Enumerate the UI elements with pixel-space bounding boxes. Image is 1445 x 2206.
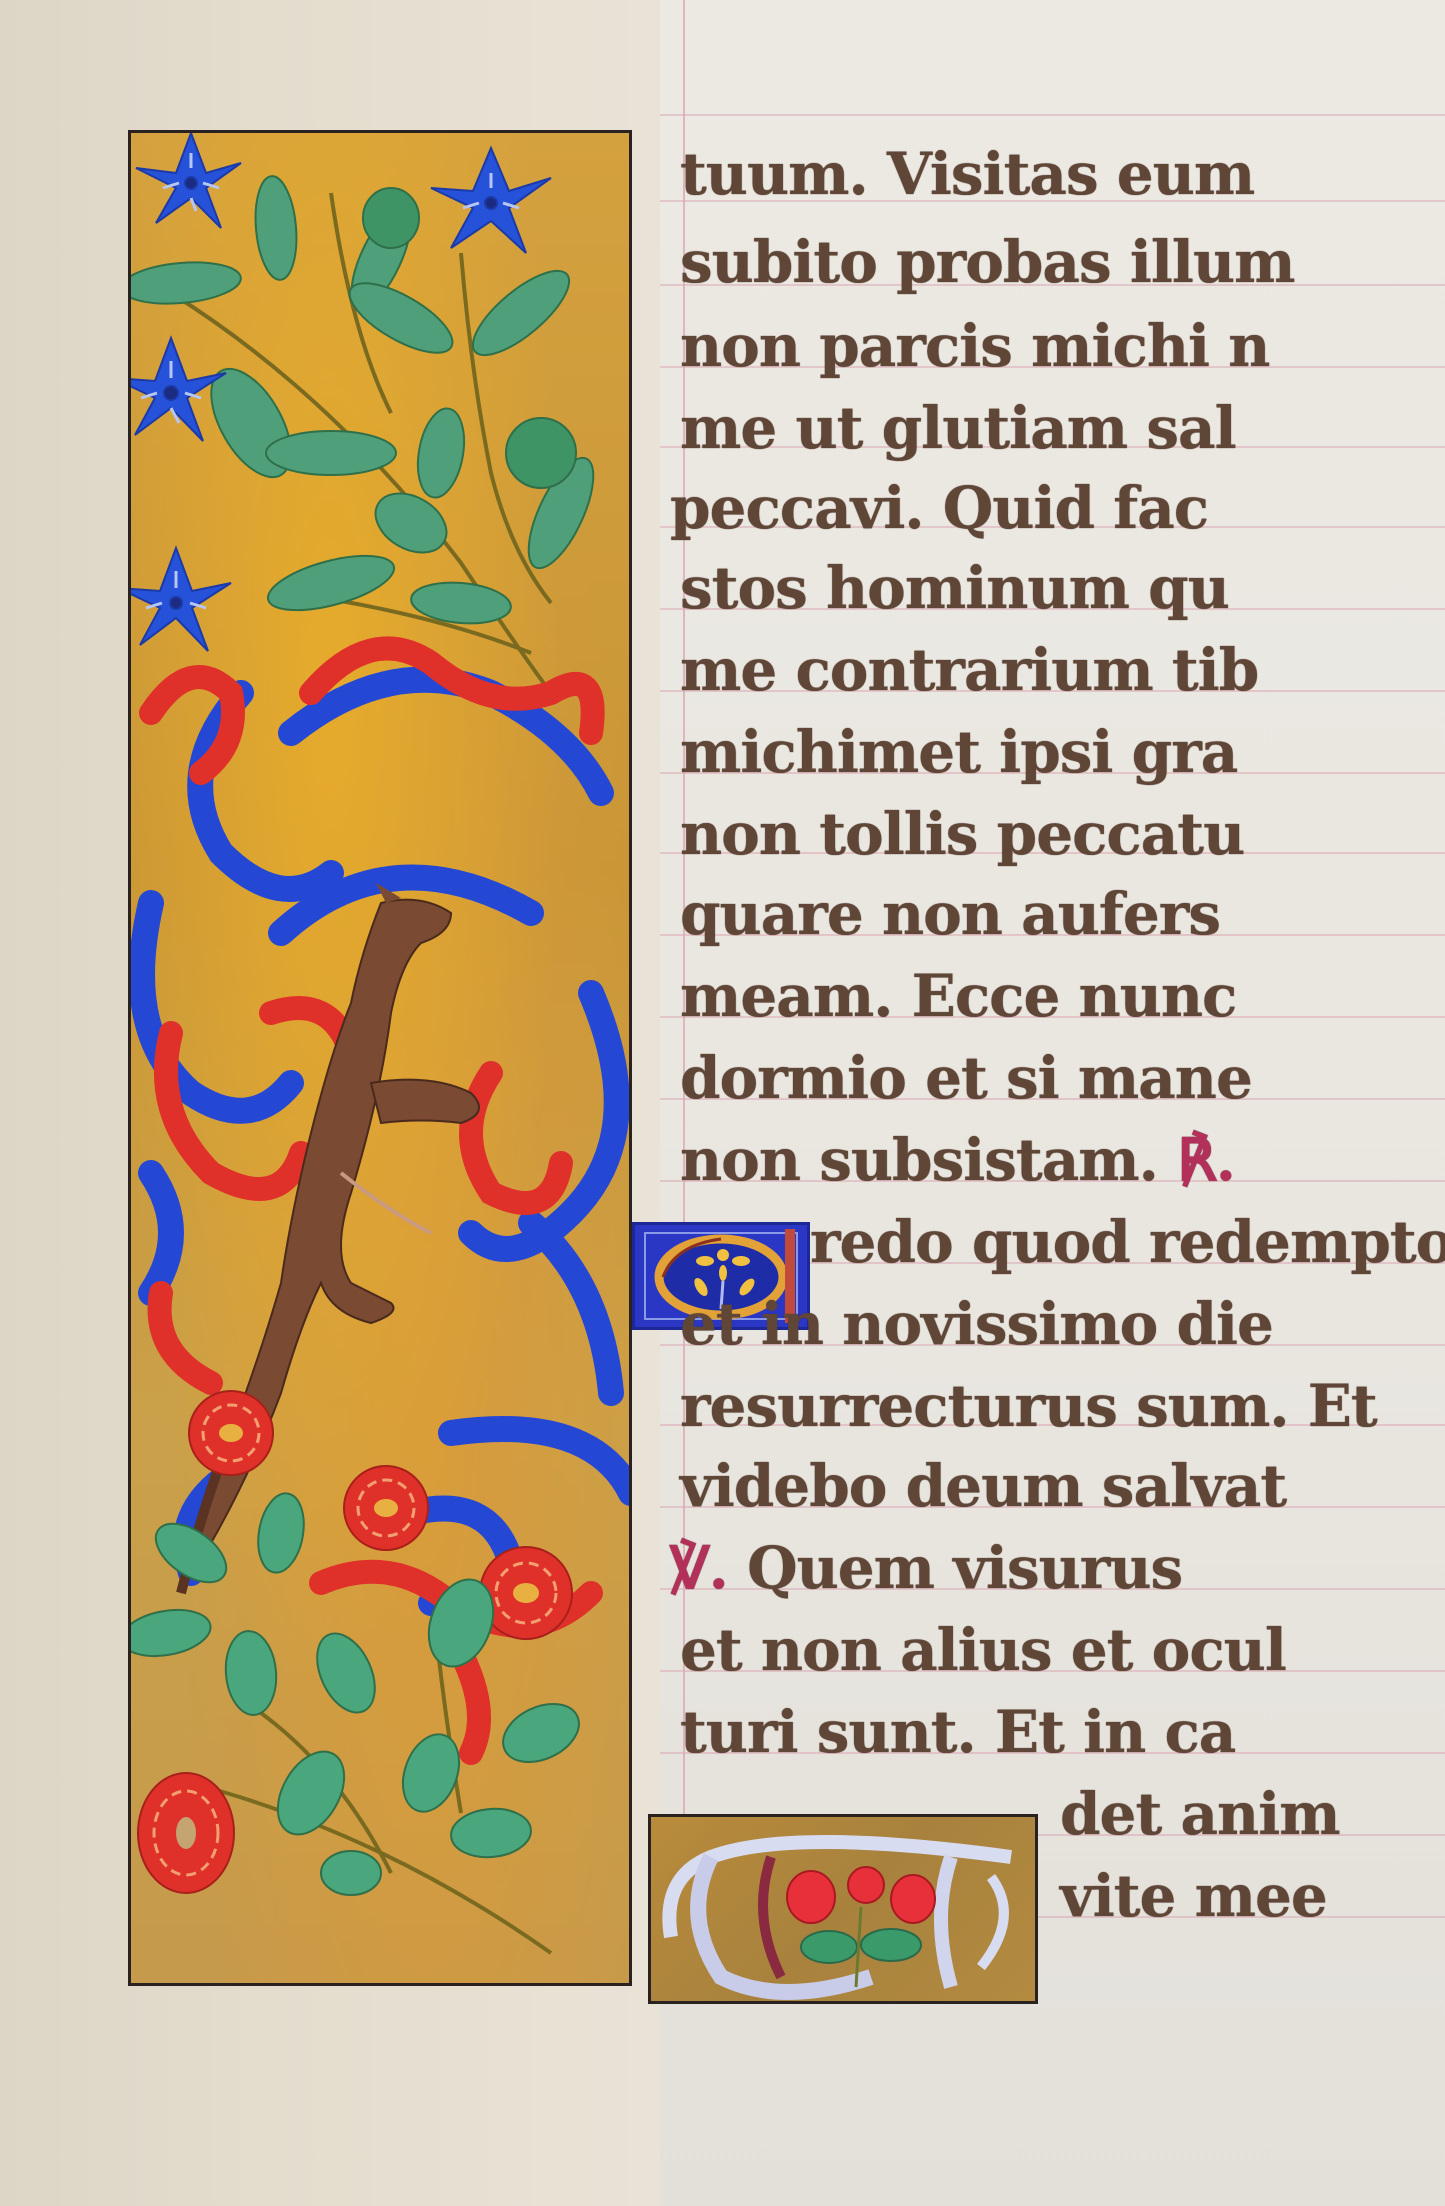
text-line: videbo deum salvat	[680, 1452, 1286, 1520]
text-line: stos hominum qu	[680, 554, 1229, 622]
versicle-rubric: ℣.	[670, 1534, 728, 1602]
border-artwork	[131, 133, 629, 1983]
gold-decorated-initial: Gold-ground initial with red berries and…	[648, 1814, 1038, 2004]
text-line: non tollis peccatu	[680, 800, 1244, 868]
text-line: non parcis michi n	[680, 312, 1269, 380]
text-line: redo quod redemptor	[810, 1208, 1445, 1276]
text-line: meam. Ecce nunc	[680, 962, 1236, 1030]
text-line: vite mee	[1060, 1862, 1327, 1930]
text-line: et non alius et ocul	[680, 1616, 1286, 1684]
fox-icon	[181, 883, 479, 1593]
text-line: et in novissimo die	[680, 1290, 1273, 1358]
text-segment: Quem visurus	[747, 1534, 1182, 1602]
text-line: peccavi. Quid fac	[670, 474, 1208, 542]
text-line: subito probas illum	[680, 228, 1295, 296]
text-segment: non subsistam.	[680, 1126, 1158, 1194]
text-line: non subsistam. ℟.	[680, 1126, 1235, 1194]
text-line: me contrarium tib	[680, 636, 1258, 704]
berry-initial-icon	[651, 1817, 1035, 2001]
text-line: dormio et si mane	[680, 1044, 1252, 1112]
text-line: ℣. Quem visurus	[670, 1534, 1182, 1602]
ruling-line	[660, 114, 1445, 116]
text-line: me ut glutiam sal	[680, 394, 1236, 462]
decorated-border-panel: Decorated border panel	[128, 130, 632, 1986]
responsory-rubric: ℟.	[1177, 1126, 1235, 1194]
text-line: michimet ipsi gra	[680, 718, 1237, 786]
text-line: det anim	[1060, 1780, 1340, 1848]
text-line: tuum. Visitas eum	[680, 140, 1254, 208]
text-line: resurrecturus sum. Et	[680, 1372, 1377, 1440]
text-line: turi sunt. Et in ca	[680, 1698, 1235, 1766]
leaf-icon	[131, 174, 606, 627]
text-line: quare non aufers	[680, 880, 1220, 948]
